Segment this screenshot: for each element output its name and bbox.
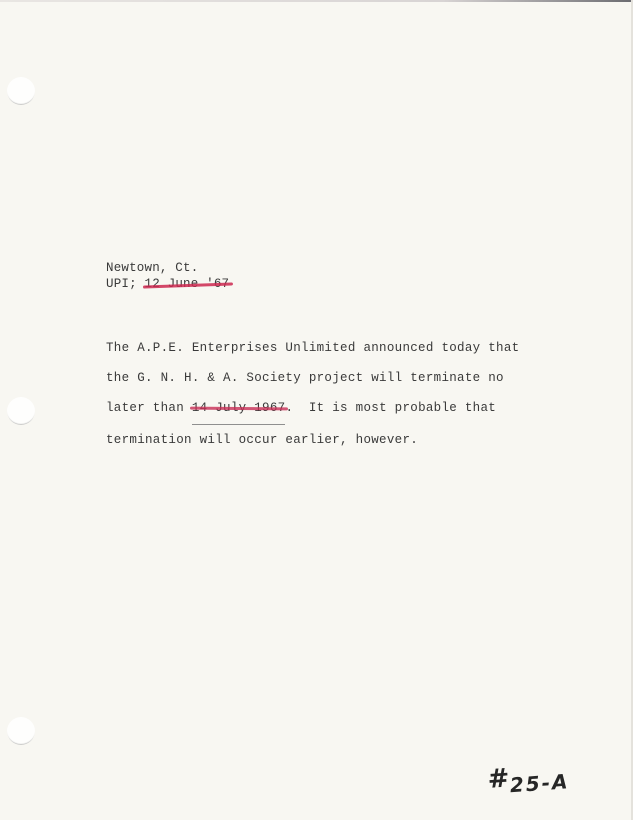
- handwritten-page-number: #25-A: [487, 765, 570, 801]
- struck-termination-date: 14 July 1967: [192, 393, 286, 425]
- punch-hole-middle: [7, 397, 35, 425]
- paragraph-line-4: termination will occur earlier, however.: [106, 425, 536, 455]
- paragraph-line-3: later than 14 July 1967. It is most prob…: [106, 393, 536, 425]
- paragraph-line-2: the G. N. H. & A. Society project will t…: [106, 363, 536, 393]
- struck-date-text: 12 June ': [145, 277, 214, 291]
- paragraph-line-1: The A.P.E. Enterprises Unlimited announc…: [106, 333, 536, 363]
- struck-date: 12 June '67: [145, 276, 230, 292]
- date-year-suffix: 67: [214, 277, 229, 291]
- dateline-source: UPI; 12 June '67: [106, 276, 229, 292]
- dateline-location: Newtown, Ct.: [106, 260, 229, 276]
- announcement-paragraph: The A.P.E. Enterprises Unlimited announc…: [106, 333, 536, 455]
- document-page: Newtown, Ct. UPI; 12 June '67 The A.P.E.…: [0, 0, 633, 820]
- page-top-edge: [0, 0, 633, 2]
- dateline-source-prefix: UPI;: [106, 277, 145, 291]
- page-number: 25-A: [509, 769, 570, 797]
- line-3-lead: later than: [106, 401, 192, 415]
- hash-mark: #: [487, 763, 511, 794]
- punch-hole-bottom: [7, 717, 35, 745]
- line-3-tail: . It is most probable that: [285, 401, 496, 415]
- punch-hole-top: [7, 77, 35, 105]
- dateline: Newtown, Ct. UPI; 12 June '67: [106, 260, 229, 292]
